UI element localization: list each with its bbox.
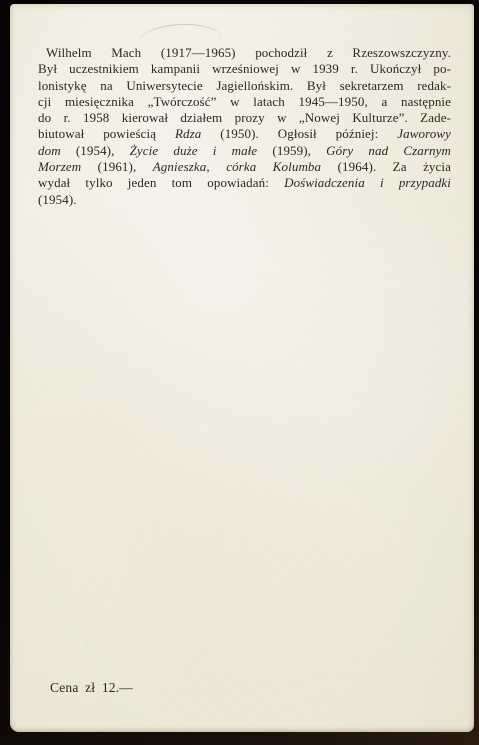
bio-line: biutował powieścią Rdza (1950). Ogłosił … — [38, 126, 451, 142]
bio-line: Wilhelm Mach (1917—1965) pochodził z Rze… — [38, 45, 451, 61]
bio-line: cji miesięcznika „Twórczość” w latach 19… — [38, 94, 451, 110]
bio-line: Był uczestnikiem kampanii wrześniowej w … — [38, 61, 451, 77]
price-label: Cena zł 12.— — [50, 680, 133, 696]
bio-line: Morzem (1961), Agnieszka, córka Kolumba … — [38, 159, 451, 175]
paper-scratch-mark — [138, 22, 223, 43]
bio-paragraph: Wilhelm Mach (1917—1965) pochodził z Rze… — [38, 45, 451, 208]
bio-line: dom (1954), Życie duże i małe (1959), Gó… — [38, 143, 451, 159]
bio-line: lonistykę na Uniwersytecie Jagiellońskim… — [38, 78, 451, 94]
bio-line: do r. 1958 kierował działem prozy w „Now… — [38, 110, 451, 126]
bio-line: (1954). — [38, 192, 451, 208]
bio-line: wydał tylko jeden tom opowiadań: Doświad… — [38, 175, 451, 191]
book-back-cover-page: Wilhelm Mach (1917—1965) pochodził z Rze… — [10, 4, 474, 732]
